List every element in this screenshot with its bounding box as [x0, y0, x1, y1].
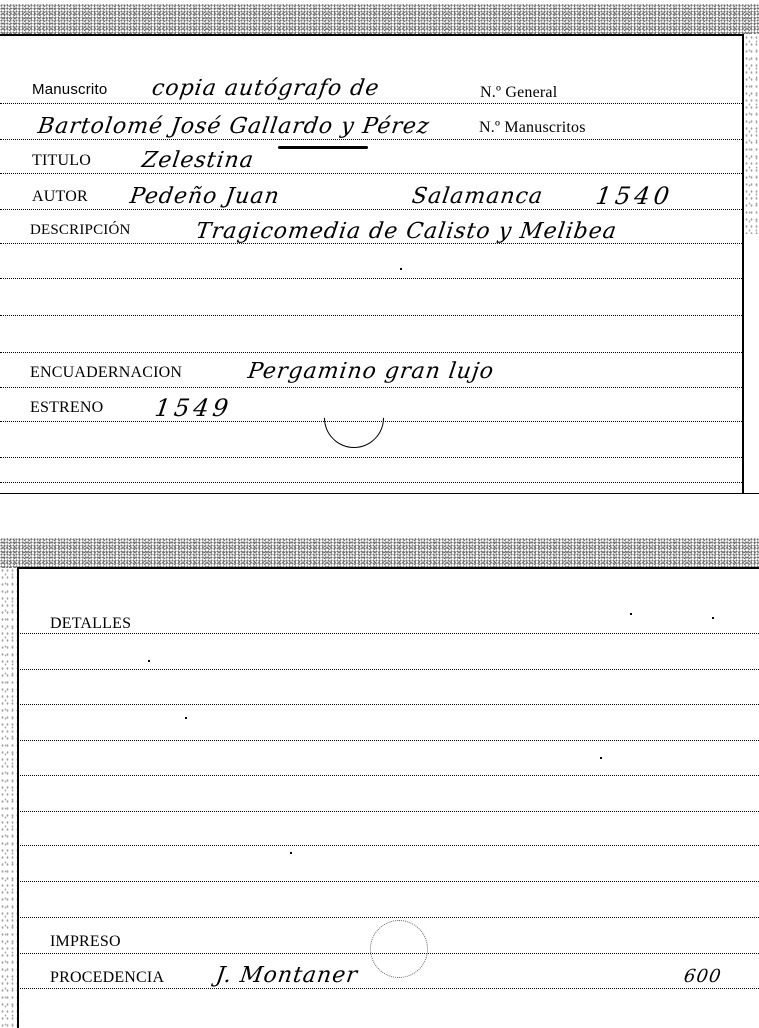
- field-value-descripcion: Tragicomedia de Calisto y Melibea: [194, 221, 618, 243]
- scan-border-middle: [0, 538, 759, 568]
- field-value-estreno: 1549: [153, 396, 233, 420]
- rule-line: [17, 704, 759, 705]
- rule-line: [17, 669, 759, 670]
- scan-border-top: [0, 4, 759, 34]
- rule-line: [17, 811, 759, 812]
- rule-line: [17, 988, 759, 989]
- scan-edge-left: [0, 567, 18, 1027]
- rule-line: [0, 387, 744, 388]
- rule-line: [17, 917, 759, 918]
- scan-speck: [400, 268, 402, 270]
- field-value-manuscrito-continued: Bartolomé José Gallardo y Pérez: [36, 116, 431, 138]
- field-value-autor-year: 1540: [594, 184, 674, 208]
- field-label-estreno: ESTRENO: [30, 400, 103, 416]
- rule-line: [0, 139, 744, 140]
- scan-speck: [148, 660, 150, 662]
- scan-speck: [600, 757, 602, 759]
- field-label-titulo: TITULO: [32, 153, 91, 169]
- field-label-descripcion: DESCRIPCIÓN: [30, 223, 131, 238]
- scan-edge-right: [744, 34, 759, 234]
- rule-line: [17, 845, 759, 846]
- field-value-titulo: Zelestina: [140, 150, 255, 172]
- rule-line: [0, 352, 744, 353]
- handwritten-underline: [278, 146, 368, 149]
- field-label-encuadernacion: ENCUADERNACION: [30, 365, 182, 381]
- scan-speck: [630, 613, 632, 615]
- stamp-mark: [370, 920, 428, 978]
- rule-line: [0, 103, 744, 104]
- rule-line: [17, 775, 759, 776]
- rule-line: [0, 482, 744, 483]
- field-value-encuadernacion: Pergamino gran lujo: [246, 361, 495, 383]
- field-label-general: N.º General: [480, 85, 557, 101]
- field-label-manuscritos: N.º Manuscritos: [479, 120, 586, 136]
- scan-speck: [290, 852, 292, 854]
- rule-line: [0, 315, 744, 316]
- rule-line: [0, 173, 744, 174]
- field-value-manuscrito: copia autógrafo de: [150, 78, 380, 100]
- rule-line: [17, 633, 759, 634]
- field-label-impreso: IMPRESO: [50, 934, 121, 950]
- field-value-autor-place: Salamanca: [410, 186, 544, 208]
- rule-line: [17, 881, 759, 882]
- field-label-procedencia: PROCEDENCIA: [50, 970, 164, 986]
- field-value-autor: Pedeño Juan: [128, 186, 281, 208]
- scan-speck: [712, 617, 714, 619]
- field-value-procedencia-amount: 600: [683, 968, 723, 986]
- rule-line: [0, 278, 744, 279]
- rule-line: [0, 457, 744, 458]
- field-value-procedencia: J. Montaner: [214, 965, 359, 987]
- field-label-detalles: DETALLES: [50, 616, 131, 632]
- field-label-manuscrito: Manuscrito: [32, 82, 107, 97]
- scan-speck: [185, 717, 187, 719]
- field-label-autor: AUTOR: [32, 189, 88, 205]
- card-bottom-edge: [0, 493, 759, 494]
- rule-line: [17, 740, 759, 741]
